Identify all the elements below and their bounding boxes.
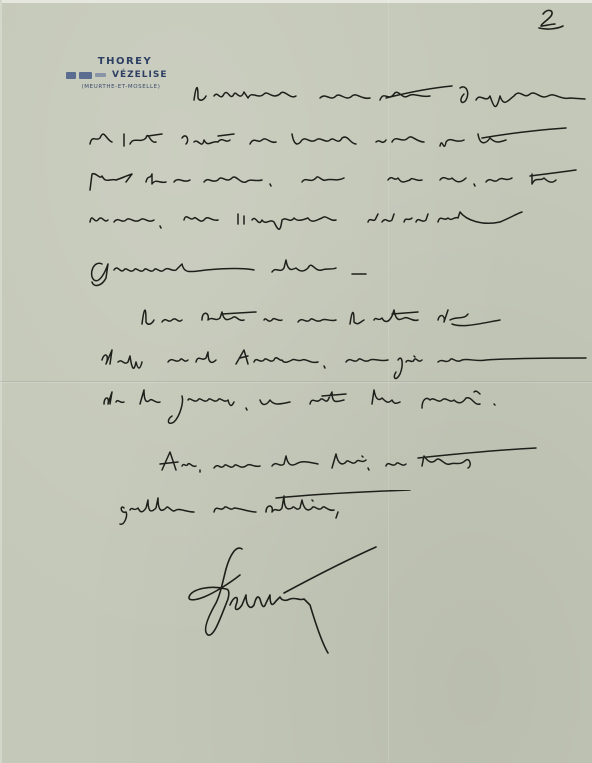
letterhead-town: VÉZELISE <box>112 70 168 80</box>
telegraph-icon <box>95 73 106 77</box>
train-icon <box>79 72 92 79</box>
letterhead-address-row: VÉZELISE <box>66 70 176 80</box>
page-number: 2 <box>535 6 569 32</box>
paper-edge-top <box>0 0 592 3</box>
mail-icon <box>66 72 76 79</box>
letterhead-department: (MEURTHE-ET-MOSELLE) <box>66 84 176 90</box>
letter-page: 2 THOREY VÉZELISE (MEURTHE-ET-MOSELLE) <box>0 0 592 763</box>
letterhead-name: THOREY <box>74 56 176 67</box>
letterhead: THOREY VÉZELISE (MEURTHE-ET-MOSELLE) <box>66 56 176 90</box>
